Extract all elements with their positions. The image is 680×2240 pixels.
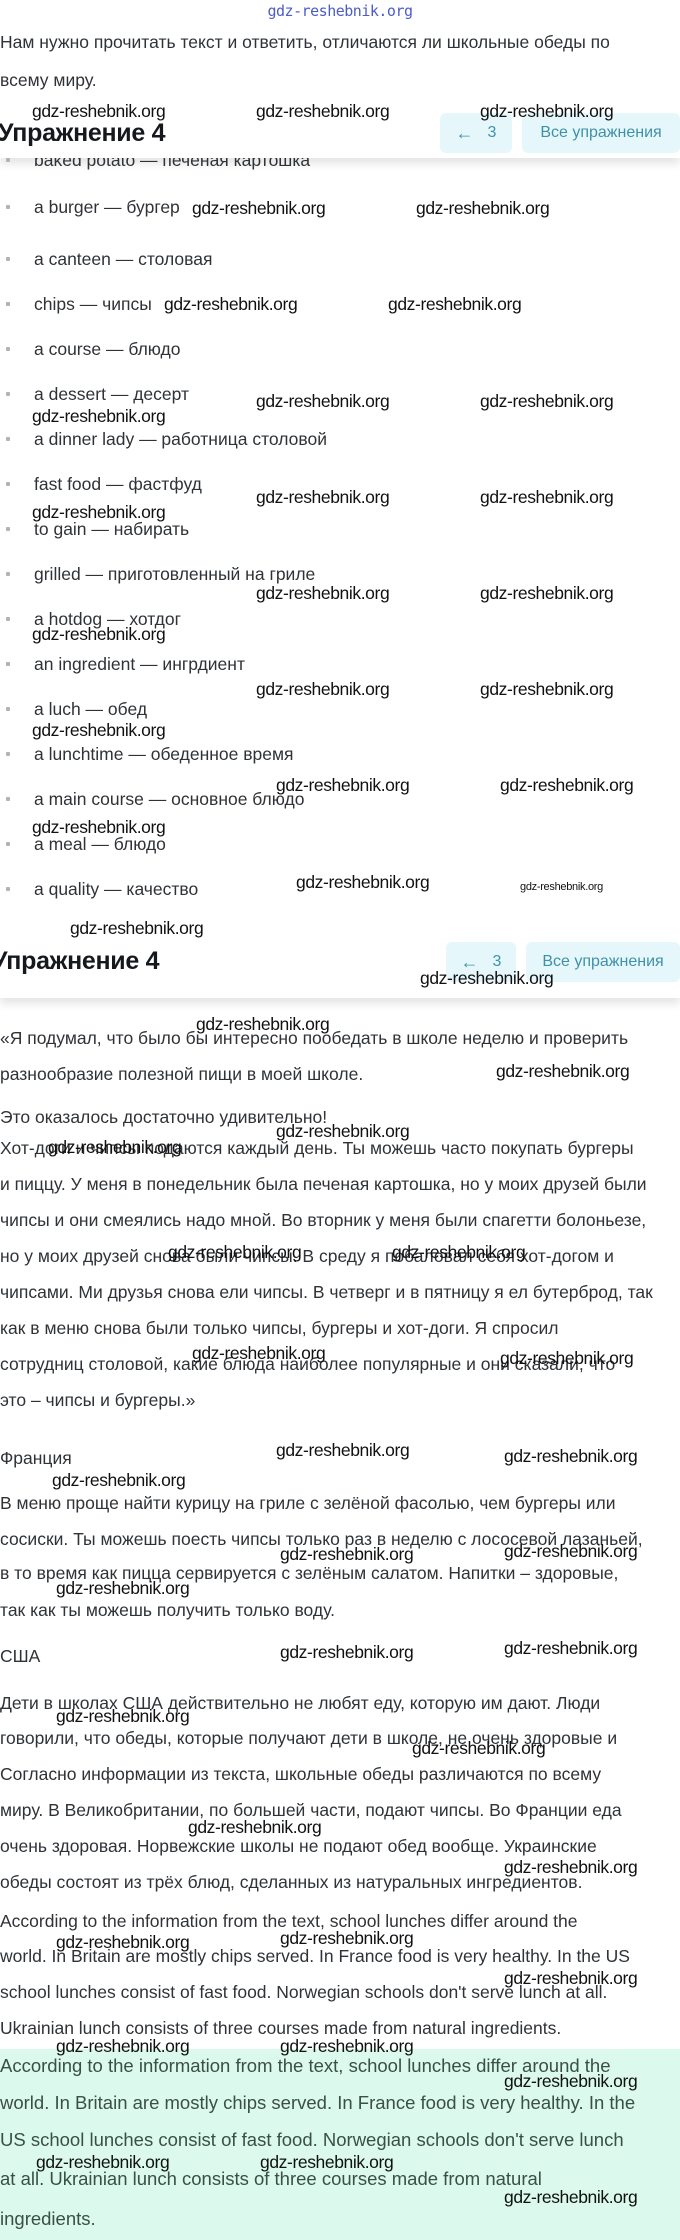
watermark: gdz-reshebnik.org [48,1137,181,1157]
list-item: baked potato — печеная картошка [34,158,310,172]
watermark: gdz-reshebnik.org [32,624,165,644]
watermark: gdz-reshebnik.org [56,2036,189,2056]
watermark: gdz-reshebnik.org [420,968,553,988]
watermark: gdz-reshebnik.org [192,198,325,218]
watermark: gdz-reshebnik.org [296,872,429,892]
watermark: gdz-reshebnik.org [416,198,549,218]
bullet [6,158,10,162]
watermark: gdz-reshebnik.org [280,1642,413,1662]
bullet [6,205,10,209]
watermark: gdz-reshebnik.org [164,294,297,314]
watermark: gdz-reshebnik.org [504,1968,637,1988]
list-item: a dessert — десерт [34,382,189,406]
site-watermark-top: gdz-reshebnik.org [0,0,680,22]
watermark: gdz-reshebnik.org [32,817,165,837]
watermark: gdz-reshebnik.org [504,1857,637,1877]
watermark: gdz-reshebnik.org [168,1242,301,1262]
intro-line-1: Нам нужно прочитать текст и ответить, от… [0,24,678,60]
watermark: gdz-reshebnik.org [256,583,389,603]
page-title: Упражнение 4 [0,118,165,148]
bullet [6,437,10,441]
watermark: gdz-reshebnik.org [388,294,521,314]
story-line: но у моих друзей снова были чипсы. В сре… [0,1238,678,1274]
story-line: чипсами. Ми друзья снова ели чипсы. В че… [0,1274,678,1310]
watermark: gdz-reshebnik.org [56,1578,189,1598]
story-line: как в меню снова были только чипсы, бург… [0,1310,678,1346]
list-item: a canteen — столовая [34,247,212,271]
watermark: gdz-reshebnik.org [480,583,613,603]
bullet [6,752,10,756]
watermark: gdz-reshebnik.org [280,1928,413,1948]
all-exercises-label: Все упражнения [542,953,663,971]
intro-line-2: всему миру. [0,62,678,98]
bullet [6,347,10,351]
watermark: gdz-reshebnik.org [520,877,603,897]
watermark: gdz-reshebnik.org [52,1470,185,1490]
watermark: gdz-reshebnik.org [188,1817,321,1837]
watermark: gdz-reshebnik.org [412,1738,545,1758]
bullet [6,257,10,261]
watermark: gdz-reshebnik.org [32,502,165,522]
bullet [6,617,10,621]
bullet [6,662,10,666]
story-line: и пиццу. У меня в понедельник была печен… [0,1166,678,1202]
bullet [6,302,10,306]
list-item: a course — блюдо [34,337,180,361]
watermark: gdz-reshebnik.org [480,101,613,121]
france-line: В меню проще найти курицу на гриле с зел… [0,1485,678,1521]
watermark: gdz-reshebnik.org [480,391,613,411]
watermark: gdz-reshebnik.org [56,1706,189,1726]
bullet [6,797,10,801]
conclusion-ru-line: Согласно информации из текста, школьные … [0,1756,678,1792]
watermark: gdz-reshebnik.org [192,1343,325,1363]
watermark: gdz-reshebnik.org [32,720,165,740]
bullet [6,887,10,891]
watermark: gdz-reshebnik.org [256,487,389,507]
list-item: a luch — обед [34,697,147,721]
watermark: gdz-reshebnik.org [256,101,389,121]
list-item: a lunchtime — обеденное время [34,742,294,766]
watermark: gdz-reshebnik.org [504,2187,637,2207]
watermark: gdz-reshebnik.org [56,1932,189,1952]
watermark: gdz-reshebnik.org [256,391,389,411]
story-line: это – чипсы и бургеры.» [0,1382,678,1418]
watermark: gdz-reshebnik.org [32,101,165,121]
list-item: an ingredient — ингрдиент [34,652,245,676]
watermark: gdz-reshebnik.org [276,1440,409,1460]
watermark: gdz-reshebnik.org [280,2036,413,2056]
watermark: gdz-reshebnik.org [70,918,203,938]
watermark: gdz-reshebnik.org [256,679,389,699]
story-line: чипсы и они смеялись надо мной. Во вторн… [0,1202,678,1238]
watermark: gdz-reshebnik.org [276,775,409,795]
page-title-repeat: Упражнение 4 [0,946,159,976]
list-item: a main course — основное блюдо [34,787,304,811]
watermark: gdz-reshebnik.org [500,775,633,795]
bullet [6,527,10,531]
watermark: gdz-reshebnik.org [260,2152,393,2172]
watermark: gdz-reshebnik.org [480,487,613,507]
list-item: a quality — качество [34,877,198,901]
list-item: a dinner lady — работница столовой [34,427,327,451]
watermark: gdz-reshebnik.org [32,406,165,426]
list-item: fast food — фастфуд [34,472,202,496]
watermark: gdz-reshebnik.org [504,1638,637,1658]
list-item: a burger — бургер [34,195,180,219]
arrow-left-icon: ← [456,123,474,144]
story-line: «Я подумал, что было бы интересно пообед… [0,1020,678,1056]
watermark: gdz-reshebnik.org [392,1242,525,1262]
bullet [6,707,10,711]
watermark: gdz-reshebnik.org [480,679,613,699]
bullet [6,842,10,846]
watermark: gdz-reshebnik.org [504,2071,637,2091]
all-exercises-label: Все упражнения [540,124,661,142]
watermark: gdz-reshebnik.org [496,1061,629,1081]
watermark: gdz-reshebnik.org [504,1446,637,1466]
bullet [6,392,10,396]
bullet [6,572,10,576]
watermark: gdz-reshebnik.org [196,1014,329,1034]
prev-exercise-number: 3 [488,124,497,142]
watermark: gdz-reshebnik.org [504,1541,637,1561]
exercise-header-repeat: Упражнение 4 ← 3 Все упражнения [0,940,680,998]
watermark: gdz-reshebnik.org [36,2152,169,2172]
watermark: gdz-reshebnik.org [276,1121,409,1141]
conclusion-ru-line: миру. В Великобритании, по большей части… [0,1792,678,1828]
list-item: chips — чипсы [34,292,152,316]
bullet [6,482,10,486]
watermark: gdz-reshebnik.org [500,1348,633,1368]
watermark: gdz-reshebnik.org [280,1544,413,1564]
